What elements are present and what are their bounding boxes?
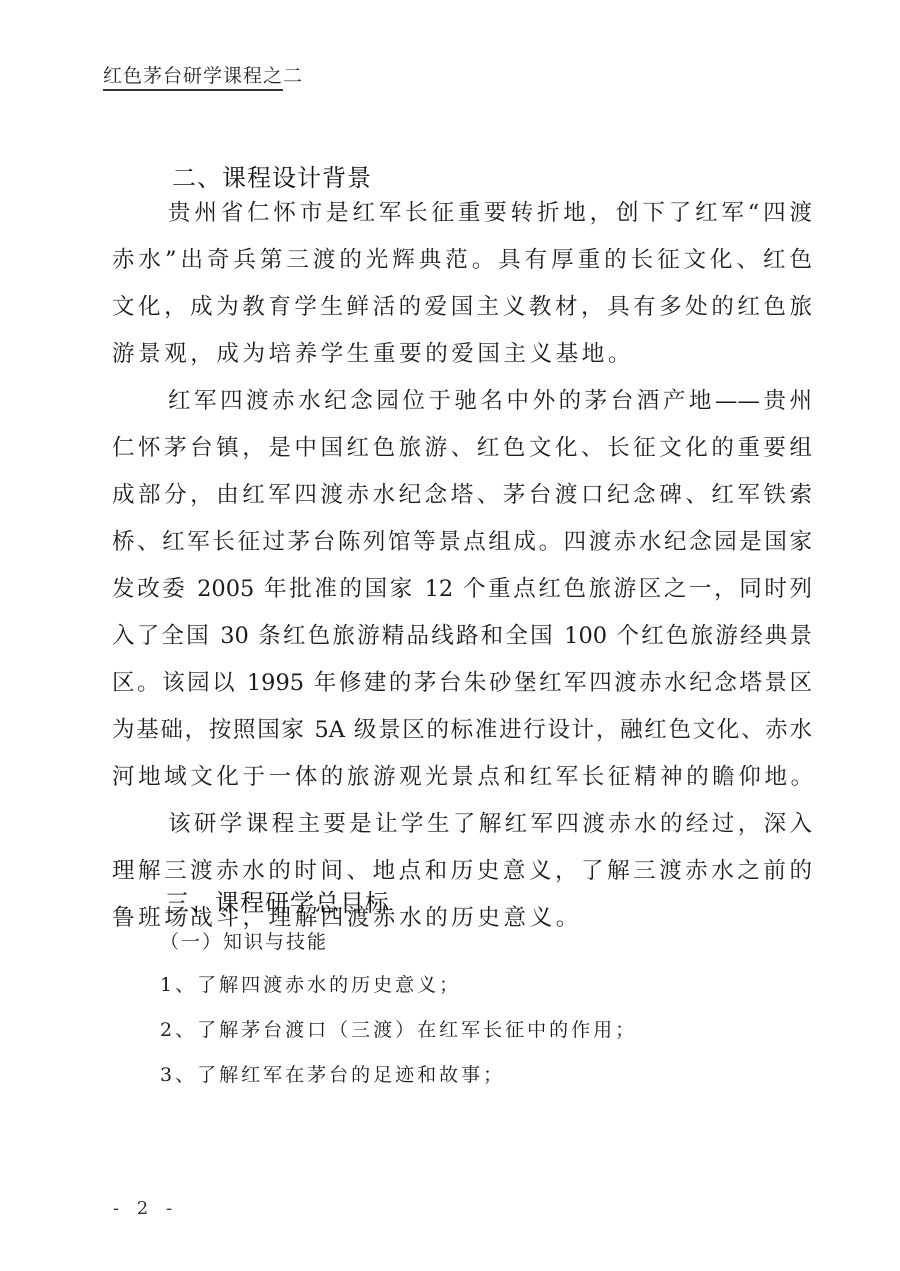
paragraph-line: 发改委 2005 年批准的国家 12 个重点红色旅游区之一，同时列	[112, 574, 812, 604]
paragraph-line: 该研学课程主要是让学生了解红军四渡赤水的经过，深入	[168, 809, 812, 839]
running-header: 红色茅台研学课程之二	[103, 64, 303, 88]
paragraph-line: 河地域文化于一体的旅游观光景点和红军长征精神的瞻仰地。	[112, 762, 812, 792]
subsection-heading-knowledge-skills: （一）知识与技能	[160, 929, 328, 955]
document-page: 红色茅台研学课程之二 二、课程设计背景 贵州省仁怀市是红军长征重要转折地，创下了…	[0, 0, 900, 1271]
paragraph-line: 成部分，由红军四渡赤水纪念塔、茅台渡口纪念碑、红军铁索	[112, 480, 812, 510]
paragraph-line: 为基础，按照国家 5A 级景区的标准进行设计，融红色文化、赤水	[112, 715, 812, 745]
section-heading-objectives: 三、课程研学总目标	[165, 883, 390, 918]
paragraph-line: 区。该园以 1995 年修建的茅台朱砂堡红军四渡赤水纪念塔景区	[112, 668, 812, 698]
paragraph-line: 贵州省仁怀市是红军长征重要转折地，创下了红军“四渡	[168, 198, 812, 228]
paragraph-line: 赤水”出奇兵第三渡的光辉典范。具有厚重的长征文化、红色	[112, 245, 812, 275]
objective-item: 3、了解红军在茅台的足迹和故事；	[160, 1062, 505, 1088]
header-underline	[103, 89, 283, 91]
paragraph-line: 理解三渡赤水的时间、地点和历史意义，了解三渡赤水之前的	[112, 856, 812, 886]
section-heading-background: 二、课程设计背景	[172, 158, 372, 193]
paragraph-line: 游景观，成为培养学生重要的爱国主义基地。	[112, 339, 812, 369]
page-number: - 2 -	[113, 1198, 178, 1219]
paragraph-line: 仁怀茅台镇，是中国红色旅游、红色文化、长征文化的重要组	[112, 433, 812, 463]
objective-item: 2、了解茅台渡口（三渡）在红军长征中的作用；	[160, 1017, 637, 1043]
paragraph-line: 红军四渡赤水纪念园位于驰名中外的茅台酒产地——贵州	[168, 386, 812, 416]
paragraph-line: 入了全国 30 条红色旅游精品线路和全国 100 个红色旅游经典景	[112, 621, 812, 651]
paragraph-line: 桥、红军长征过茅台陈列馆等景点组成。四渡赤水纪念园是国家	[112, 527, 812, 557]
paragraph-line: 文化，成为教育学生鲜活的爱国主义教材，具有多处的红色旅	[112, 292, 812, 322]
objective-item: 1、了解四渡赤水的历史意义；	[160, 972, 461, 998]
